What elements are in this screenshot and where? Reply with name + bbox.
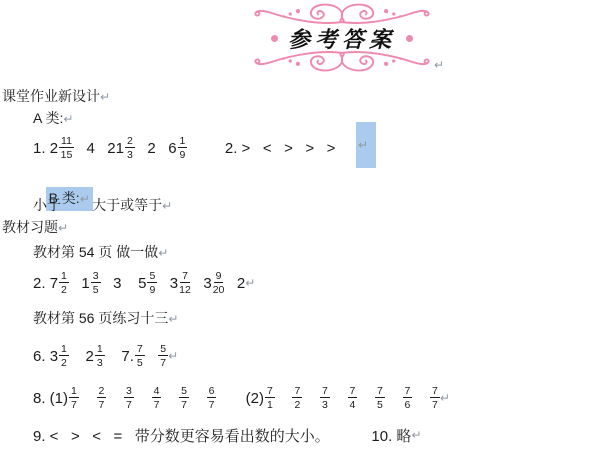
- line-text: A 类:: [33, 110, 63, 126]
- line-text: 教材第 54 页 做一做: [33, 244, 158, 260]
- ornament-dot-icon: [406, 35, 413, 42]
- fraction-denominator: 15: [61, 148, 73, 161]
- doc-line-page54: 教材第 54 页 做一做↵: [33, 243, 168, 263]
- fraction-whole: 2: [86, 348, 94, 365]
- paragraph-mark-icon: ↵: [58, 221, 68, 235]
- fraction: 27: [96, 385, 107, 411]
- fraction: 3920: [203, 270, 224, 296]
- math-text: [302, 390, 319, 407]
- fraction-stack: 57: [179, 385, 189, 411]
- math-text: [191, 275, 204, 292]
- fraction-numerator: 7: [403, 385, 413, 398]
- fraction: 21115: [50, 135, 74, 161]
- paragraph-mark-icon: ↵: [440, 391, 450, 405]
- fraction-numerator: 7: [292, 385, 302, 398]
- fraction-stack: 27: [97, 385, 107, 411]
- doc-line-answers6-7: 6. 312 213 7.75 57↵: [33, 340, 178, 372]
- fraction-stack: 72: [292, 385, 302, 411]
- fraction: 619: [168, 135, 187, 161]
- fraction: 57: [157, 343, 168, 369]
- fraction-stack: 37: [124, 385, 134, 411]
- fraction: 17: [68, 385, 79, 411]
- fraction-numerator: 6: [207, 385, 217, 398]
- math-text: [106, 390, 123, 407]
- doc-line-answers8: 8. (1)17 27 37 47 57 67 (2)71 72 73 74 7…: [33, 382, 450, 414]
- paragraph-mark-icon: ↵: [358, 138, 368, 152]
- paragraph-mark-icon: ↵: [63, 112, 73, 126]
- fraction: 77: [429, 385, 440, 411]
- fraction-numerator: 7: [180, 270, 190, 283]
- math-text: 9. < > < = 带分数更容易看出数的大小。 10. 略: [33, 425, 411, 446]
- fraction-denominator: 5: [93, 283, 99, 296]
- document-page: 参考答案 ↵ 课堂作业新设计↵ A 类:↵ 1. 21115 4 2123 2 …: [0, 0, 613, 452]
- fraction-numerator: 1: [59, 270, 69, 283]
- fraction-whole: 2: [50, 140, 58, 157]
- fraction-denominator: 7: [432, 398, 438, 411]
- fraction-numerator: 7: [348, 385, 358, 398]
- fraction: 72: [291, 385, 302, 411]
- fraction-denominator: 20: [213, 283, 225, 296]
- fraction-whole: 6: [168, 140, 176, 157]
- fraction-denominator: 3: [97, 356, 103, 369]
- math-text: (2): [216, 390, 264, 407]
- fraction-numerator: 2: [97, 385, 107, 398]
- fraction-denominator: 1: [267, 398, 273, 411]
- fraction-denominator: 9: [149, 283, 155, 296]
- fraction-numerator: 5: [179, 385, 189, 398]
- fraction-numerator: 2: [125, 135, 135, 148]
- fraction-stack: 77: [430, 385, 440, 411]
- math-text: [145, 348, 158, 365]
- fraction-stack: 19: [178, 135, 188, 161]
- fraction-stack: 47: [152, 385, 162, 411]
- math-text: [357, 390, 374, 407]
- fraction: 67: [206, 385, 217, 411]
- line-text: 教材第 56 页练习十三: [33, 310, 168, 326]
- fraction-numerator: 1: [95, 343, 105, 356]
- fraction-whole: 5: [138, 275, 146, 292]
- fraction: 75: [374, 385, 385, 411]
- math-text: [69, 348, 86, 365]
- math-text: 2.: [33, 275, 50, 292]
- fraction: 57: [178, 385, 189, 411]
- math-text: [189, 390, 206, 407]
- paragraph-mark-icon: ↵: [168, 349, 178, 363]
- fraction-stack: 75: [135, 343, 145, 369]
- math-text: [79, 390, 96, 407]
- fraction-denominator: 7: [209, 398, 215, 411]
- fraction-stack: 75: [375, 385, 385, 411]
- fraction: 37: [123, 385, 134, 411]
- fraction: 74: [347, 385, 358, 411]
- fraction-numerator: 1: [69, 385, 79, 398]
- fraction-stack: 76: [403, 385, 413, 411]
- fraction-numerator: 11: [59, 135, 74, 148]
- doc-line-section1: 课堂作业新设计↵: [2, 87, 110, 107]
- ornament-dot-icon: [271, 35, 278, 42]
- math-text: 8. (1): [33, 390, 68, 407]
- math-text: [69, 275, 82, 292]
- math-text: [385, 390, 402, 407]
- math-text: [275, 390, 292, 407]
- fraction: 213: [86, 343, 105, 369]
- fraction-numerator: 4: [152, 385, 162, 398]
- fraction-whole: 1: [81, 275, 89, 292]
- fraction-stack: 71: [265, 385, 275, 411]
- fraction-numerator: 5: [158, 343, 168, 356]
- line-text: 课堂作业新设计: [2, 88, 100, 104]
- doc-line-a-label: A 类:↵: [33, 109, 73, 129]
- fraction-stack: 12: [59, 343, 69, 369]
- fraction: 135: [81, 270, 100, 296]
- fraction-numerator: 3: [91, 270, 101, 283]
- math-text: 4: [74, 140, 107, 157]
- doc-line-answers2: 2. 712 135 3 559 3712 3920 2↵: [33, 267, 255, 299]
- paragraph-mark-icon: ↵: [162, 199, 172, 213]
- fraction-denominator: 7: [126, 398, 132, 411]
- fraction-numerator: 7: [430, 385, 440, 398]
- paragraph-mark-icon: ↵: [434, 58, 444, 72]
- fraction: 2123: [107, 135, 135, 161]
- fraction-stack: 57: [158, 343, 168, 369]
- fraction-stack: 73: [320, 385, 330, 411]
- fraction-whole: 7: [50, 275, 58, 292]
- fraction-numerator: 7: [265, 385, 275, 398]
- fraction-stack: 74: [348, 385, 358, 411]
- math-text: [134, 390, 151, 407]
- fraction-stack: 67: [207, 385, 217, 411]
- fraction-stack: 23: [125, 135, 135, 161]
- line-text: 教材习题: [2, 219, 58, 235]
- fraction-numerator: 1: [178, 135, 188, 148]
- fraction-stack: 13: [95, 343, 105, 369]
- fraction-denominator: 6: [405, 398, 411, 411]
- fraction-whole: 21: [107, 140, 124, 157]
- fraction-numerator: 9: [214, 270, 224, 283]
- math-text: 6.: [33, 348, 50, 365]
- fraction-stack: 920: [213, 270, 225, 296]
- selection-highlight: ↵: [356, 122, 376, 168]
- fraction-denominator: 7: [181, 398, 187, 411]
- math-text: [330, 390, 347, 407]
- fraction-denominator: 7: [99, 398, 105, 411]
- doc-line-answers1: 1. 21115 4 2123 2 619 2. > < > > >: [33, 132, 335, 164]
- fraction-stack: 1115: [59, 135, 74, 161]
- fraction: 3712: [170, 270, 191, 296]
- paragraph-mark-icon: ↵: [158, 246, 168, 260]
- doc-line-section2: 教材习题↵: [2, 218, 68, 238]
- fraction-denominator: 3: [322, 398, 328, 411]
- fraction-denominator: 7: [154, 398, 160, 411]
- fraction-denominator: 9: [180, 148, 186, 161]
- fraction-stack: 712: [179, 270, 191, 296]
- fraction-denominator: 5: [137, 356, 143, 369]
- doc-line-page56: 教材第 56 页练习十三↵: [33, 309, 178, 329]
- math-text: 3: [101, 275, 139, 292]
- fraction: 559: [138, 270, 157, 296]
- fraction: 76: [402, 385, 413, 411]
- fraction-numerator: 7: [375, 385, 385, 398]
- fraction-stack: 59: [147, 270, 157, 296]
- fraction: 75: [134, 343, 145, 369]
- fraction-numerator: 7: [135, 343, 145, 356]
- fraction-numerator: 7: [320, 385, 330, 398]
- fraction-whole: 3: [50, 348, 58, 365]
- paragraph-mark-icon: ↵: [100, 90, 110, 104]
- fraction-denominator: 2: [61, 356, 67, 369]
- doc-line-answers9-10: 9. < > < = 带分数更容易看出数的大小。 10. 略↵: [33, 424, 422, 446]
- paragraph-mark-icon: ↵: [168, 312, 178, 326]
- math-text: [157, 275, 170, 292]
- fraction-numerator: 5: [147, 270, 157, 283]
- fraction-numerator: 1: [59, 343, 69, 356]
- fraction-denominator: 5: [377, 398, 383, 411]
- fraction-denominator: 12: [179, 283, 191, 296]
- header-ornament: 参考答案: [248, 2, 436, 73]
- fraction-stack: 12: [59, 270, 69, 296]
- fraction: 47: [151, 385, 162, 411]
- fraction-denominator: 7: [160, 356, 166, 369]
- fraction-whole: 3: [203, 275, 211, 292]
- flourish-bottom-icon: [248, 50, 436, 73]
- fraction-stack: 17: [69, 385, 79, 411]
- fraction: 712: [50, 270, 69, 296]
- math-text: 2: [224, 275, 245, 292]
- fraction-numerator: 3: [124, 385, 134, 398]
- fraction-denominator: 7: [71, 398, 77, 411]
- math-text: [161, 390, 178, 407]
- fraction-denominator: 3: [127, 148, 133, 161]
- paragraph-mark-icon: ↵: [411, 428, 421, 442]
- math-text: 1.: [33, 140, 50, 157]
- fraction-denominator: 4: [350, 398, 356, 411]
- fraction-denominator: 2: [294, 398, 300, 411]
- math-text: [412, 390, 429, 407]
- math-text: 7.: [105, 348, 134, 365]
- fraction: 73: [319, 385, 330, 411]
- fraction: 71: [264, 385, 275, 411]
- math-text: 2: [135, 140, 168, 157]
- fraction-whole: 3: [170, 275, 178, 292]
- line-text: 小于 大于或等于: [33, 197, 162, 213]
- fraction-stack: 35: [91, 270, 101, 296]
- doc-line-b-answer: 小于 大于或等于↵: [33, 196, 172, 216]
- paragraph-mark-icon: ↵: [245, 276, 255, 290]
- fraction: 312: [50, 343, 69, 369]
- math-text: 2. > < > > >: [187, 140, 335, 157]
- fraction-denominator: 2: [61, 283, 67, 296]
- page-title: 参考答案: [288, 23, 396, 54]
